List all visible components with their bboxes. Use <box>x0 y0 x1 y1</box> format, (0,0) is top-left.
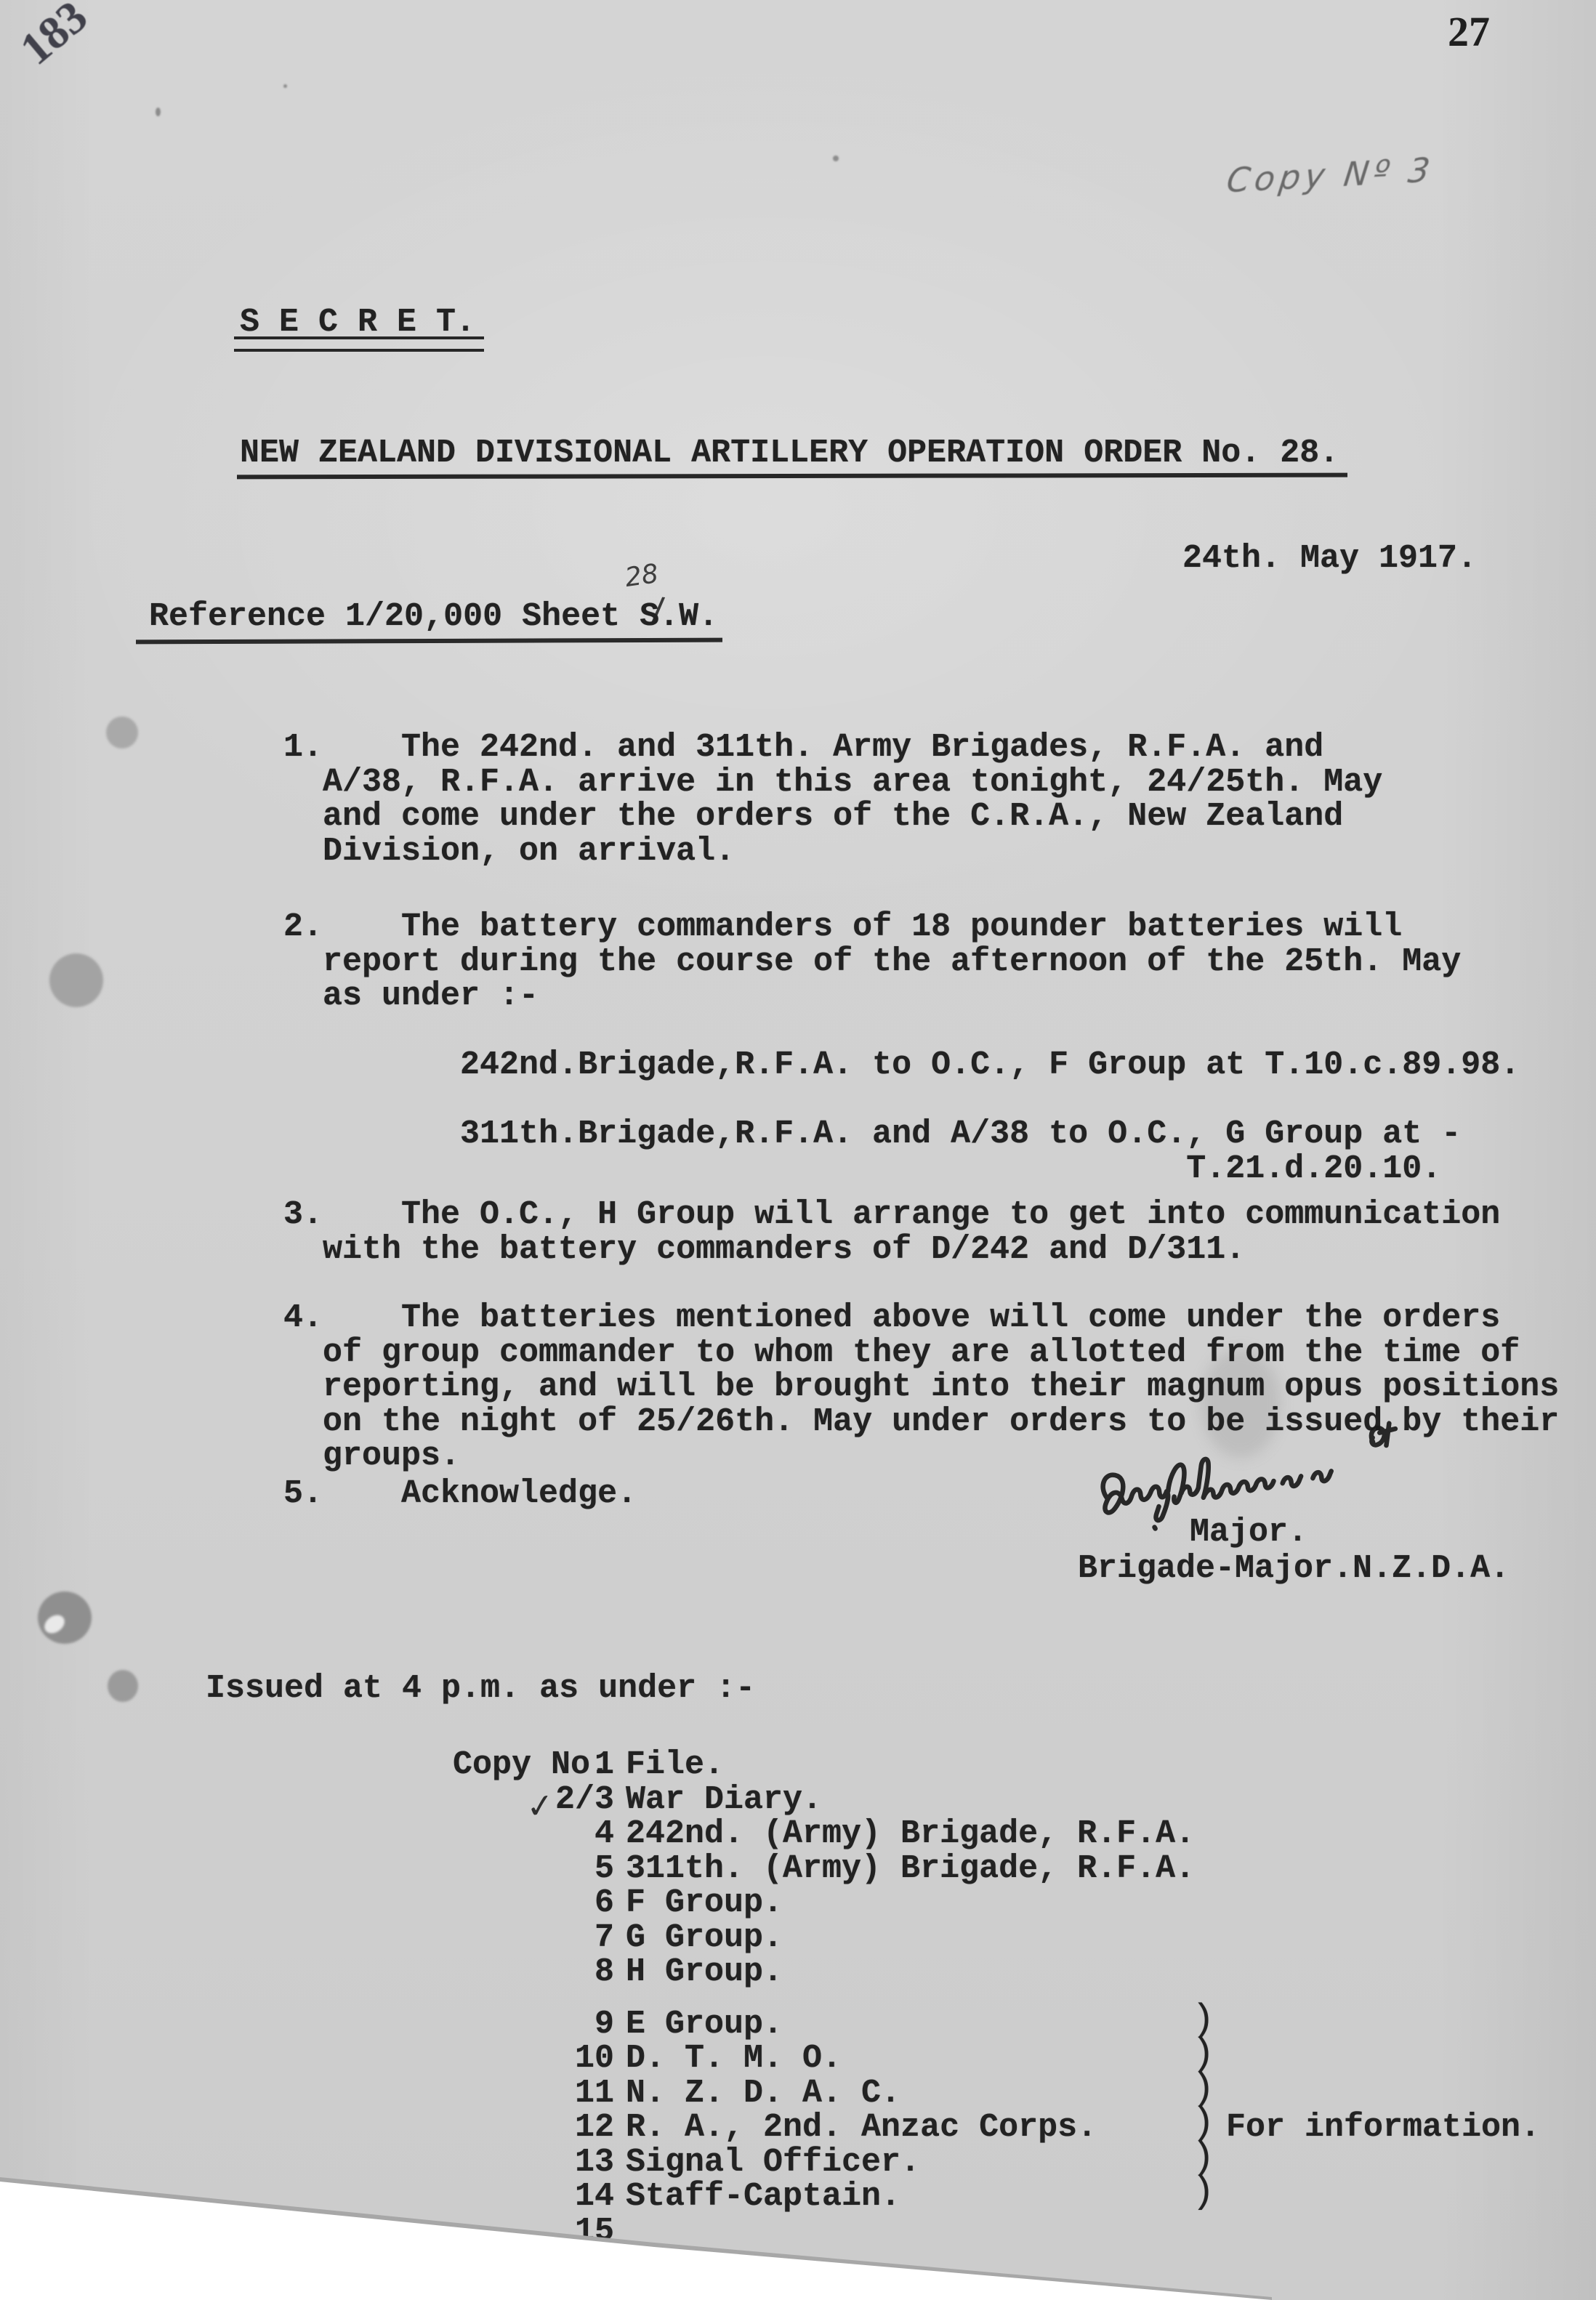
for-information-note: For information. <box>1226 2110 1540 2145</box>
classification-heading: S E C R E T. <box>240 305 475 340</box>
reference-line: Reference 1/20,000 Sheet S.W. <box>149 600 718 634</box>
signature-role: Brigade-Major.N.Z.D.A. <box>1078 1552 1510 1586</box>
copy-number: 9 <box>453 2007 614 2042</box>
distribution-list: Copy No. 1 File. 2/3 War Diary. 4 242nd.… <box>453 1748 1195 2248</box>
scanned-document-page: 183 27 Copy Nº 3 S E C R E T. NEW ZEALAN… <box>0 0 1596 2300</box>
copy-number: 13 <box>453 2145 614 2180</box>
distribution-row: 12 R. A., 2nd. Anzac Corps. ) For inform… <box>453 2110 1195 2145</box>
distribution-row: 9 E Group. ) <box>453 2007 1195 2042</box>
recipient: G Group. <box>626 1921 783 1956</box>
paper-speck <box>283 84 287 88</box>
paragraph-1: 1. The 242nd. and 311th. Army Brigades, … <box>283 730 1382 868</box>
document-title: NEW ZEALAND DIVISIONAL ARTILLERY OPERATI… <box>240 436 1339 471</box>
recipient: Staff-Captain. <box>626 2179 900 2214</box>
recipient: File. <box>626 1748 724 1783</box>
distribution-row: 14 Staff-Captain. ) <box>453 2179 1195 2214</box>
brace-mark: ) <box>1192 2003 1214 2038</box>
copy-number: 12 <box>453 2110 614 2145</box>
signature-rank: Major. <box>1190 1515 1307 1550</box>
distribution-row: 4 242nd. (Army) Brigade, R.F.A. <box>453 1817 1195 1852</box>
recipient: E Group. <box>626 2007 783 2042</box>
copy-number: 8 <box>453 1955 614 1990</box>
distribution-row: 2/3 War Diary. <box>453 1783 1195 1817</box>
distribution-row: 13 Signal Officer. ) <box>453 2145 1195 2180</box>
copy-no-prefix: Copy No. <box>453 1748 610 1783</box>
recipient: D. T. M. O. <box>626 2041 842 2076</box>
brace-mark: ) <box>1192 2141 1214 2176</box>
brace-mark: ) <box>1192 2106 1214 2141</box>
punch-hole <box>108 1670 138 1702</box>
copy-number: 6 <box>453 1886 614 1921</box>
page-number: 27 <box>1448 7 1490 56</box>
distribution-row: 5 311th. (Army) Brigade, R.F.A. <box>453 1852 1195 1887</box>
distribution-row: 10 D. T. M. O. ) <box>453 2041 1195 2076</box>
distribution-row: 7 G Group. <box>453 1921 1195 1956</box>
copy-number: 7 <box>453 1921 614 1956</box>
copy-number: 2/3 <box>453 1783 614 1817</box>
recipient: 242nd. (Army) Brigade, R.F.A. <box>626 1817 1195 1852</box>
handwritten-insertion-28: 28 <box>623 559 660 593</box>
recipient: H Group. <box>626 1955 783 1990</box>
copy-number: 14 <box>453 2179 614 2214</box>
punch-hole <box>38 1591 92 1644</box>
recipient: War Diary. <box>626 1783 822 1817</box>
punch-hole-highlight <box>41 1611 68 1637</box>
recipient: N. Z. D. A. C. <box>626 2076 900 2111</box>
recipient: 311th. (Army) Brigade, R.F.A. <box>626 1852 1195 1887</box>
distribution-row: Copy No. 1 File. <box>453 1748 1195 1783</box>
paragraph-3: 3. The O.C., H Group will arrange to get… <box>283 1198 1500 1267</box>
recipient: R. A., 2nd. Anzac Corps. <box>626 2110 1097 2145</box>
paper-speck <box>833 156 839 161</box>
recipient: F Group. <box>626 1886 783 1921</box>
punch-hole <box>49 953 103 1007</box>
document-date: 24th. May 1917. <box>1182 541 1477 576</box>
distribution-row: 11 N. Z. D. A. C. ) <box>453 2076 1195 2111</box>
brace-mark: ) <box>1192 2037 1214 2072</box>
punch-hole <box>106 717 138 748</box>
copy-number: 10 <box>453 2041 614 2076</box>
paragraph-2: 2. The battery commanders of 18 pounder … <box>283 910 1520 1186</box>
paper-speck <box>156 108 161 116</box>
copy-number: 11 <box>453 2076 614 2111</box>
distribution-row: 6 F Group. <box>453 1886 1195 1921</box>
brace-mark: ) <box>1192 2072 1214 2107</box>
distribution-row: 8 H Group. <box>453 1955 1195 1990</box>
issued-line: Issued at 4 p.m. as under :- <box>206 1671 755 1706</box>
recipient: Signal Officer. <box>626 2145 920 2180</box>
copy-number: 4 <box>453 1817 614 1852</box>
paragraph-5: 5. Acknowledge. <box>283 1477 637 1512</box>
copy-number: 5 <box>453 1852 614 1887</box>
brace-mark: ) <box>1192 2175 1214 2210</box>
